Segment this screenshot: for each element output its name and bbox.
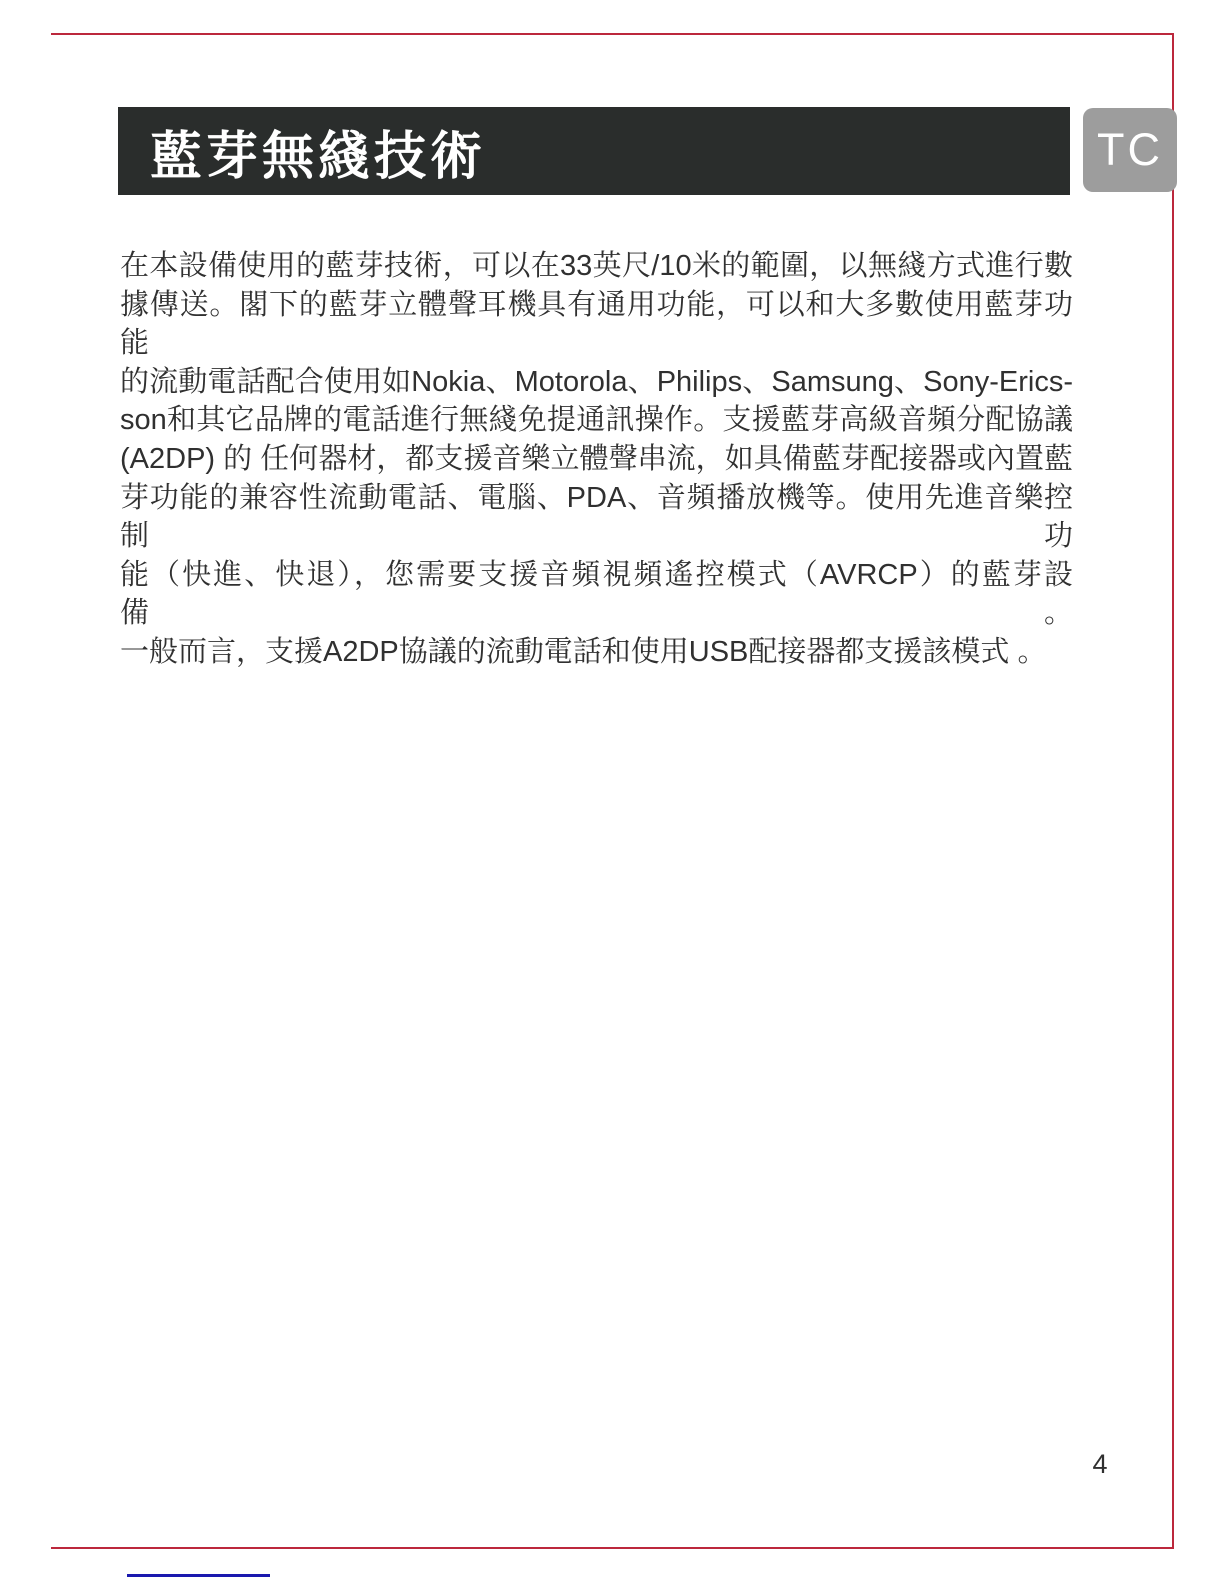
- section-header-bar: 藍芽無綫技術: [118, 107, 1070, 195]
- language-badge: TC: [1083, 108, 1177, 192]
- page-number: 4: [1080, 1449, 1120, 1480]
- paragraph-line: 一般而言，支援A2DP協議的流動電話和使用USB配接器都支援該模式 。: [120, 633, 1073, 672]
- paragraph-line: 在本設備使用的藍芽技術，可以在33英尺/10米的範圍，以無綫方式進行數: [120, 247, 1073, 286]
- paragraph-line: 的流動電話配合使用如Nokia、Motorola、Philips、Samsung…: [120, 363, 1073, 402]
- paragraph-line: 據傳送。閣下的藍芽立體聲耳機具有通用功能，可以和大多數使用藍芽功能: [120, 286, 1073, 363]
- page-frame-bottom-rule: [51, 1547, 1174, 1549]
- section-title: 藍芽無綫技術: [150, 114, 486, 189]
- link-underline[interactable]: [127, 1574, 270, 1577]
- paragraph-line: 能（快進、快退），您需要支援音頻視頻遙控模式（AVRCP）的藍芽設備。: [120, 556, 1073, 633]
- manual-page: 藍芽無綫技術 TC 在本設備使用的藍芽技術，可以在33英尺/10米的範圍，以無綫…: [0, 0, 1224, 1584]
- paragraph-line: son和其它品牌的電話進行無綫免提通訊操作。支援藍芽高級音頻分配協議: [120, 401, 1073, 440]
- paragraph-line: 芽功能的兼容性流動電話、電腦、PDA、音頻播放機等。使用先進音樂控制功: [120, 479, 1073, 556]
- body-paragraph: 在本設備使用的藍芽技術，可以在33英尺/10米的範圍，以無綫方式進行數 據傳送。…: [120, 247, 1073, 672]
- page-frame-right-rule: [1172, 33, 1174, 1549]
- page-frame-top-rule: [51, 33, 1174, 35]
- paragraph-line: (A2DP) 的 任何器材，都支援音樂立體聲串流，如具備藍芽配接器或內置藍: [120, 440, 1073, 479]
